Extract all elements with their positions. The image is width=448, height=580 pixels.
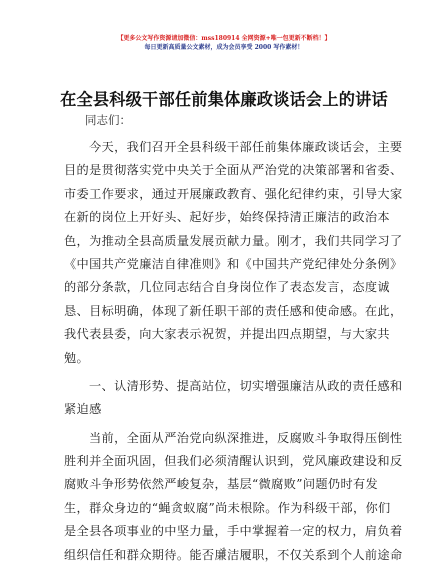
body-line: 恳、目标明确，体现了新任职干部的责任感和使命感。在此，	[64, 300, 384, 323]
body-line: 当前，全面从严治党向纵深推进，反腐败斗争取得压倒性	[64, 427, 384, 450]
salutation: 同志们：	[85, 112, 131, 128]
body-line: 生，群众身边的“蝇贪蚁腐”尚未根除。作为科级干部，你们	[64, 497, 384, 520]
body-line: 腐败斗争形势依然严峻复杂，基层“微腐败”问题仍时有发	[64, 473, 384, 496]
body-line: 在新的岗位上开好头、起好步，始终保持清正廉洁的政治本	[64, 206, 384, 229]
body-line: 是全县各项事业的中坚力量，手中掌握着一定的权力，肩负着	[64, 520, 384, 543]
page-number: 1	[0, 547, 448, 556]
promo-header-line-2: 每日更新高质量公文素材，成为会员享受 2000 写作素材！	[0, 44, 448, 52]
document-title: 在全县科级干部任前集体廉政谈话会上的讲话	[0, 86, 448, 110]
body-line: 勉。	[64, 347, 384, 370]
section-heading: 一、认清形势、提高站位，切实增强廉洁从政的责任感和	[64, 375, 384, 398]
section-heading-continued: 紧迫感	[64, 398, 384, 421]
body-line: 今天，我们召开全县科级干部任前集体廉政谈话会，主要	[64, 136, 384, 159]
body-line: 我代表县委，向大家表示祝贺，并提出四点期望，与大家共	[64, 323, 384, 346]
document-body: 今天，我们召开全县科级干部任前集体廉政谈话会，主要 目的是贯彻落实党中央关于全面…	[64, 136, 384, 567]
promo-header-line-1: 【更多公文写作资源请加微信：mss180914 全网资源+唯一包更新不断档！】	[0, 35, 448, 43]
body-line: 的部分条款，几位同志结合自身岗位作了表态发言，态度诚	[64, 276, 384, 299]
body-line: 胜利并全面巩固，但我们必须清醒认识到，党风廉政建设和反	[64, 450, 384, 473]
document-page: 【更多公文写作资源请加微信：mss180914 全网资源+唯一包更新不断档！】 …	[0, 0, 448, 580]
body-line: 《中国共产党廉洁自律准则》和《中国共产党纪律处分条例》	[64, 253, 384, 276]
body-line: 色，为推动全县高质量发展贡献力量。刚才，我们共同学习了	[64, 230, 384, 253]
body-line: 市委工作要求，通过开展廉政教育、强化纪律约束，引导大家	[64, 183, 384, 206]
body-line: 目的是贯彻落实党中央关于全面从严治党的决策部署和省委、	[64, 159, 384, 182]
